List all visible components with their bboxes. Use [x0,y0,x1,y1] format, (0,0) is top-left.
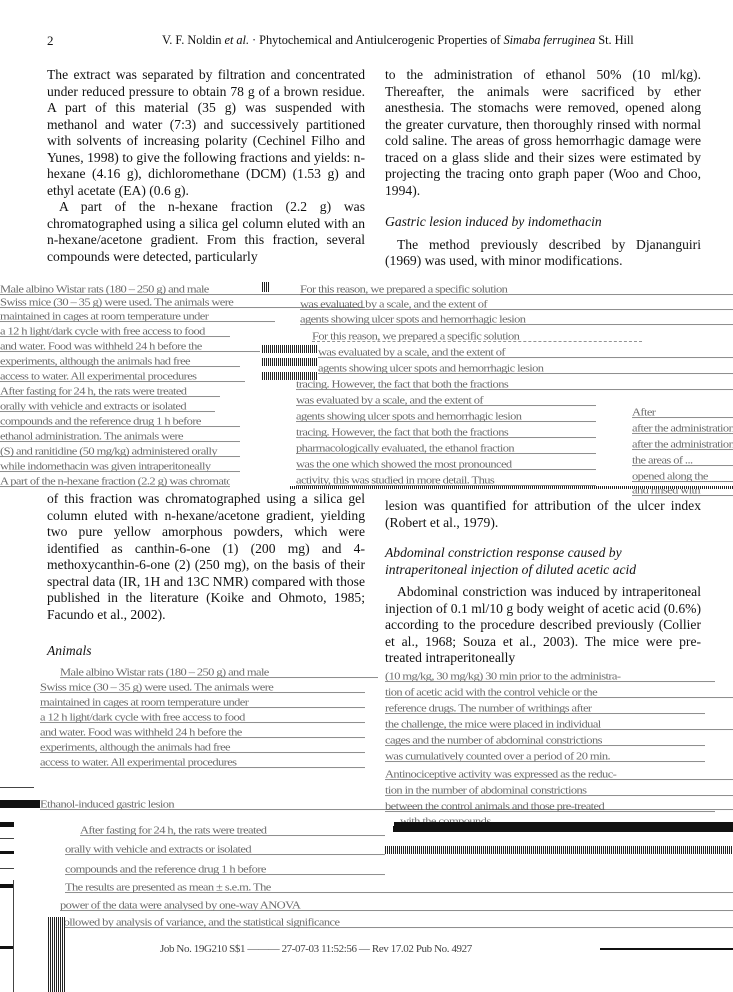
garbled-line: pharmacologically evaluated, the ethanol… [296,443,596,454]
garbled-line: tracing. However, the fact that both the… [296,379,733,390]
garbled-line: Male albino Wistar rats (180 – 250 g) an… [60,667,378,678]
running-head-authors: V. F. Noldin [162,33,225,47]
scan-artifact-bar [600,948,733,950]
garbled-line: After [632,407,733,418]
scan-artifact-bar [0,851,14,854]
garbled-line: maintained in cages at room temperature … [0,311,275,322]
garbled-line: For this reason, we prepared a specific … [300,284,733,295]
indomethacin-section-title: Gastric lesion induced by indomethacin [385,214,701,231]
garbled-line: After fasting for 24 h, the rats were tr… [80,825,385,836]
garbled-line: access to water. All experimental proced… [40,757,365,768]
scan-artifact-line [0,868,14,869]
running-head-etal: et al. [225,33,249,47]
right-column-top: to the administration of ethanol 50% (10… [385,67,701,270]
scan-artifact-stripe [385,846,733,854]
garbled-line: was evaluated by a scale, and the extent… [296,395,596,406]
garbled-line: After fasting for 24 h, the rats were tr… [0,386,220,397]
running-head-end: St. Hill [595,33,633,47]
garbled-line: was cumulatively counted over a period o… [385,751,705,762]
scan-artifact-bar [0,946,14,949]
garbled-line: agents showing ulcer spots and hemorrhag… [300,314,733,325]
garbled-line: while indomethacin was given intraperito… [0,461,240,472]
garbled-line: was evaluated by a scale, and the extent… [318,347,733,358]
scan-artifact-bar [0,822,14,827]
garbled-line: experiments, although the animals had fr… [40,742,365,753]
garbled-line: agents showing ulcer spots and hemorrhag… [296,411,596,422]
garbled-line: a 12 h light/dark cycle with free access… [40,712,365,723]
left-column-top: The extract was separated by filtration … [47,67,365,265]
left-column-middle: of this fraction was chromatographed usi… [47,491,365,660]
garbled-line: the areas of ... [632,455,733,466]
garbled-line: compounds and the reference drug 1 h bef… [0,416,240,427]
garbled-line: tion of acetic acid with the control veh… [385,687,733,698]
right-column-middle: lesion was quantified for attribution of… [385,498,701,667]
garbled-line: power of the data were analysed by one-w… [60,900,733,911]
garbled-line: A part of the n-hexane fraction (2.2 g) … [0,476,230,487]
acetic-acid-section-title: Abdominal constriction response caused b… [385,545,695,578]
garbled-line: was evaluated by a scale, and the extent… [300,299,733,310]
indomethacin-paragraph: The method previously described by Djana… [385,237,701,270]
garbled-line: (10 mg/kg, 30 mg/kg) 30 min prior to the… [385,671,715,682]
garbled-line: between the control animals and those pr… [385,801,715,812]
garbled-line: orally with vehicle and extracts or isol… [65,844,385,855]
abdominal-constriction-paragraph: Abdominal constriction was induced by in… [385,584,701,667]
garbled-line: compounds and the reference drug 1 h bef… [65,864,385,875]
garbled-line: reference drugs. The number of writhings… [385,703,705,714]
page-number: 2 [47,33,54,49]
typesetter-footer: Job No. 19G210 S$1 ——— 27-07-03 11:52:56… [160,943,472,955]
garbled-line: agents showing ulcer spots and hemorrhag… [318,363,733,374]
ethanol-paragraph: to the administration of ethanol 50% (10… [385,67,701,199]
garbled-line: Antinociceptive activity was expressed a… [385,769,733,780]
garbled-line: (S) and ranitidine (50 mg/kg) administer… [0,446,240,457]
garbled-line: access to water. All experimental proced… [0,371,245,382]
scan-artifact-stripe [262,345,317,353]
garbled-line: a 12 h light/dark cycle with free access… [0,326,230,337]
garbled-line: activity, this was studied in more detai… [296,475,596,486]
garbled-line: For this reason, we prepared a specific … [312,331,642,342]
scan-artifact-stripe [262,282,270,292]
animals-section-title: Animals [47,643,365,660]
garbled-line: after the administration [632,423,733,434]
running-head-species: Simaba ferruginea [503,33,595,47]
scan-artifact-stripe [262,358,317,366]
chromatography-paragraph: of this fraction was chromatographed usi… [47,491,365,623]
scan-artifact-line [0,787,34,788]
garbled-line: opened along the [632,471,733,482]
garbled-line: and water. Food was withheld 24 h before… [40,727,365,738]
garbled-line: experiments, although the animals had fr… [0,356,240,367]
garbled-line: after the administration [632,439,733,450]
scan-artifact-bar [0,884,14,888]
scan-artifact-stripe [48,917,65,992]
garbled-line: ethanol administration. The animals were [0,431,240,442]
garbled-line: was the one which showed the most pronou… [296,459,596,470]
garbled-line: followed by analysis of variance, and th… [60,917,733,928]
extraction-paragraph: The extract was separated by filtration … [47,67,365,199]
garbled-line: tion in the number of abdominal constric… [385,785,733,796]
ulcer-index-paragraph: lesion was quantified for attribution of… [385,498,701,531]
scan-artifact-line [0,838,14,839]
garbled-line: tracing. However, the fact that both the… [296,427,596,438]
garbled-line: cages and the number of abdominal constr… [385,735,705,746]
scan-artifact-line [13,880,14,992]
scan-artifact-bar [0,800,40,808]
garbled-line: Swiss mice (30 – 35 g) were used. The an… [40,682,365,693]
scan-artifact-stripe [290,486,733,489]
garbled-line: The results are presented as mean ± s.e.… [65,882,733,893]
running-head-title: · Phytochemical and Antiulcerogenic Prop… [249,33,503,47]
garbled-line: and water. Food was withheld 24 h before… [0,341,260,352]
garbled-line: maintained in cages at room temperature … [40,697,365,708]
scan-artifact-bar [394,822,733,828]
running-head: V. F. Noldin et al. · Phytochemical and … [162,33,634,48]
garbled-line: orally with vehicle and extracts or isol… [0,401,215,412]
hexane-paragraph: A part of the n-hexane fraction (2.2 g) … [47,199,365,265]
garbled-line: the challenge, the mice were placed in i… [385,719,733,730]
